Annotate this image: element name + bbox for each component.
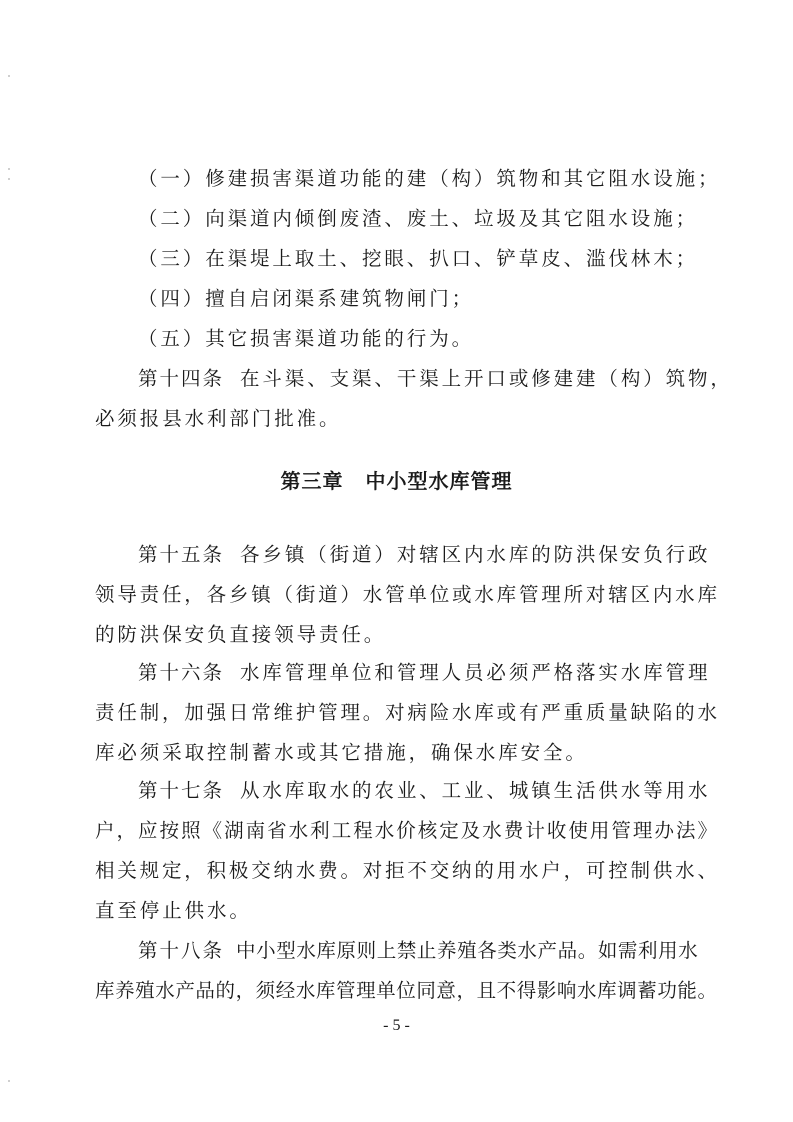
list-item-1: （一）修建损害渠道功能的建（构）筑物和其它阻水设施；	[138, 167, 718, 191]
chapter-title: 中小型水库管理	[366, 469, 513, 493]
article-18-line-1: 中小型水库原则上禁止养殖各类水产品。如需利用水	[236, 939, 698, 962]
article-16-label: 第十六条	[138, 661, 224, 684]
list-item-2: （二）向渠道内倾倒废渣、废土、垃圾及其它阻水设施；	[138, 207, 718, 231]
scan-artifact	[8, 168, 10, 170]
article-14-line-2: 必须报县水利部门批准。	[95, 407, 717, 431]
article-14-label: 第十四条	[138, 367, 224, 390]
list-item-3: （三）在渠堤上取土、挖眼、扒口、铲草皮、滥伐林木；	[138, 247, 718, 271]
article-18-line-2: 库养殖水产品的，须经水库管理单位同意，且不得影响水库调蓄功能。	[95, 979, 717, 1003]
article-17-line-4: 直至停止供水。	[95, 899, 717, 923]
article-15-line-2: 领导责任，各乡镇（街道）水管单位或水库管理所对辖区内水库	[95, 583, 717, 607]
article-17-line-2: 户，应按照《湖南省水利工程水价核定及水费计收使用管理办法》	[95, 819, 717, 843]
article-16-paragraph: 第十六条水库管理单位和管理人员必须严格落实水库管理	[138, 661, 718, 685]
article-14-paragraph: 第十四条在斗渠、支渠、干渠上开口或修建建（构）筑物，	[138, 367, 718, 391]
scan-artifact	[8, 1080, 10, 1082]
article-15-line-3: 的防洪保安负直接领导责任。	[95, 623, 717, 647]
article-16-line-2: 责任制，加强日常维护管理。对病险水库或有严重质量缺陷的水	[95, 701, 717, 725]
page-number: - 5 -	[0, 1016, 793, 1036]
scan-artifact	[8, 75, 10, 77]
article-14-line-1: 在斗渠、支渠、干渠上开口或修建建（构）筑物，	[240, 367, 733, 390]
article-18-label: 第十八条	[138, 939, 224, 962]
article-15-line-1: 各乡镇（街道）对辖区内水库的防洪保安负行政	[240, 543, 710, 566]
article-18-paragraph: 第十八条中小型水库原则上禁止养殖各类水产品。如需利用水	[138, 939, 718, 963]
article-15-label: 第十五条	[138, 543, 224, 566]
article-16-line-3: 库必须采取控制蓄水或其它措施，确保水库安全。	[95, 741, 717, 765]
list-item-5: （五）其它损害渠道功能的行为。	[138, 327, 718, 351]
document-page: （一）修建损害渠道功能的建（构）筑物和其它阻水设施； （二）向渠道内倾倒废渣、废…	[0, 0, 793, 1122]
list-item-4: （四）擅自启闭渠系建筑物闸门；	[138, 287, 718, 311]
article-17-line-1: 从水库取水的农业、工业、城镇生活供水等用水	[240, 779, 710, 802]
article-17-line-3: 相关规定，积极交纳水费。对拒不交纳的用水户，可控制供水、	[95, 859, 717, 883]
article-17-paragraph: 第十七条从水库取水的农业、工业、城镇生活供水等用水	[138, 779, 718, 803]
article-15-paragraph: 第十五条各乡镇（街道）对辖区内水库的防洪保安负行政	[138, 543, 718, 567]
chapter-heading: 第三章中小型水库管理	[0, 468, 793, 494]
article-16-line-1: 水库管理单位和管理人员必须严格落实水库管理	[240, 661, 710, 684]
scan-artifact	[8, 178, 10, 180]
chapter-number: 第三章	[281, 469, 344, 493]
article-17-label: 第十七条	[138, 779, 224, 802]
